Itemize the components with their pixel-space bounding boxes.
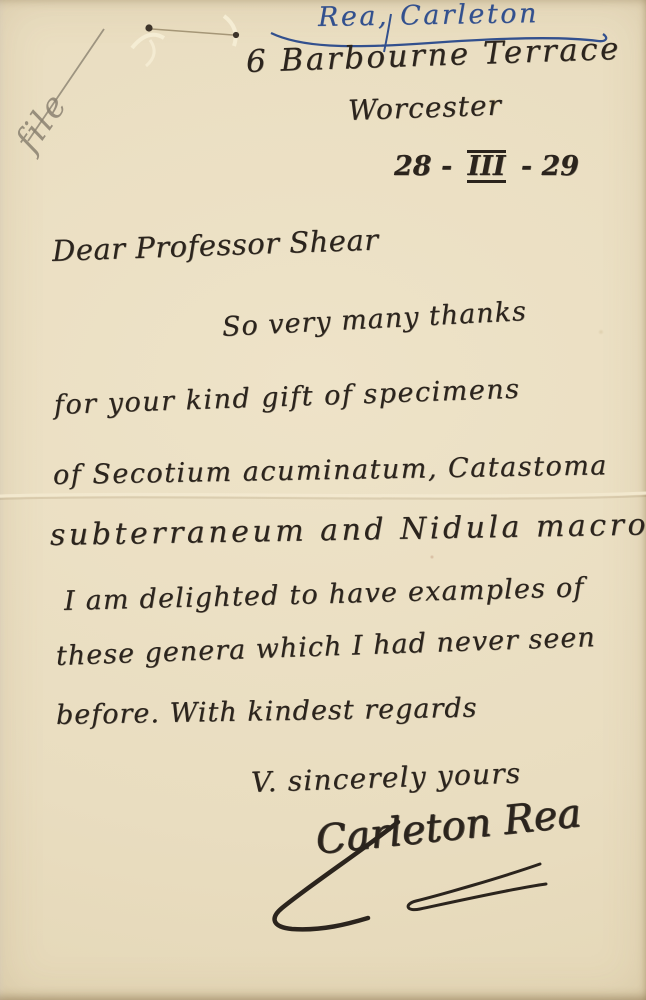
address-line-1: 6 Barbourne Terrace [245,31,621,80]
body-line: for your kind gift of specimens [53,374,521,421]
address-line-2: Worcester [347,89,502,127]
date-month-roman-numeral: III [467,150,507,183]
closing-valediction: V. sincerely yours [250,757,521,799]
date-line: 28 - III - 29 [394,150,579,183]
body-line: I am delighted to have examples of [64,572,585,617]
signature: Carleton Rea [314,790,584,864]
fold-crease [0,493,646,499]
date-year: - 29 [521,151,579,182]
archival-index-annotation: Rea, Carleton [318,0,539,33]
date-day: 28 - [394,151,452,182]
body-line: before. With kindest regards [56,693,478,731]
body-line: subterraneum and Nidula macrocarpa [50,506,646,553]
pin-holes-mark [132,16,239,66]
letter-sheet: file Rea, Carleton 6 Barbourne Terrace W… [0,0,646,1000]
salutation: Dear Professor Shear [51,223,379,268]
body-line: these genera which I had never seen [55,622,596,672]
pencil-file-annotation: file [8,85,77,159]
body-line: of Secotium acuminatum, Catastoma [53,450,608,491]
body-line: So very many thanks [221,296,527,343]
